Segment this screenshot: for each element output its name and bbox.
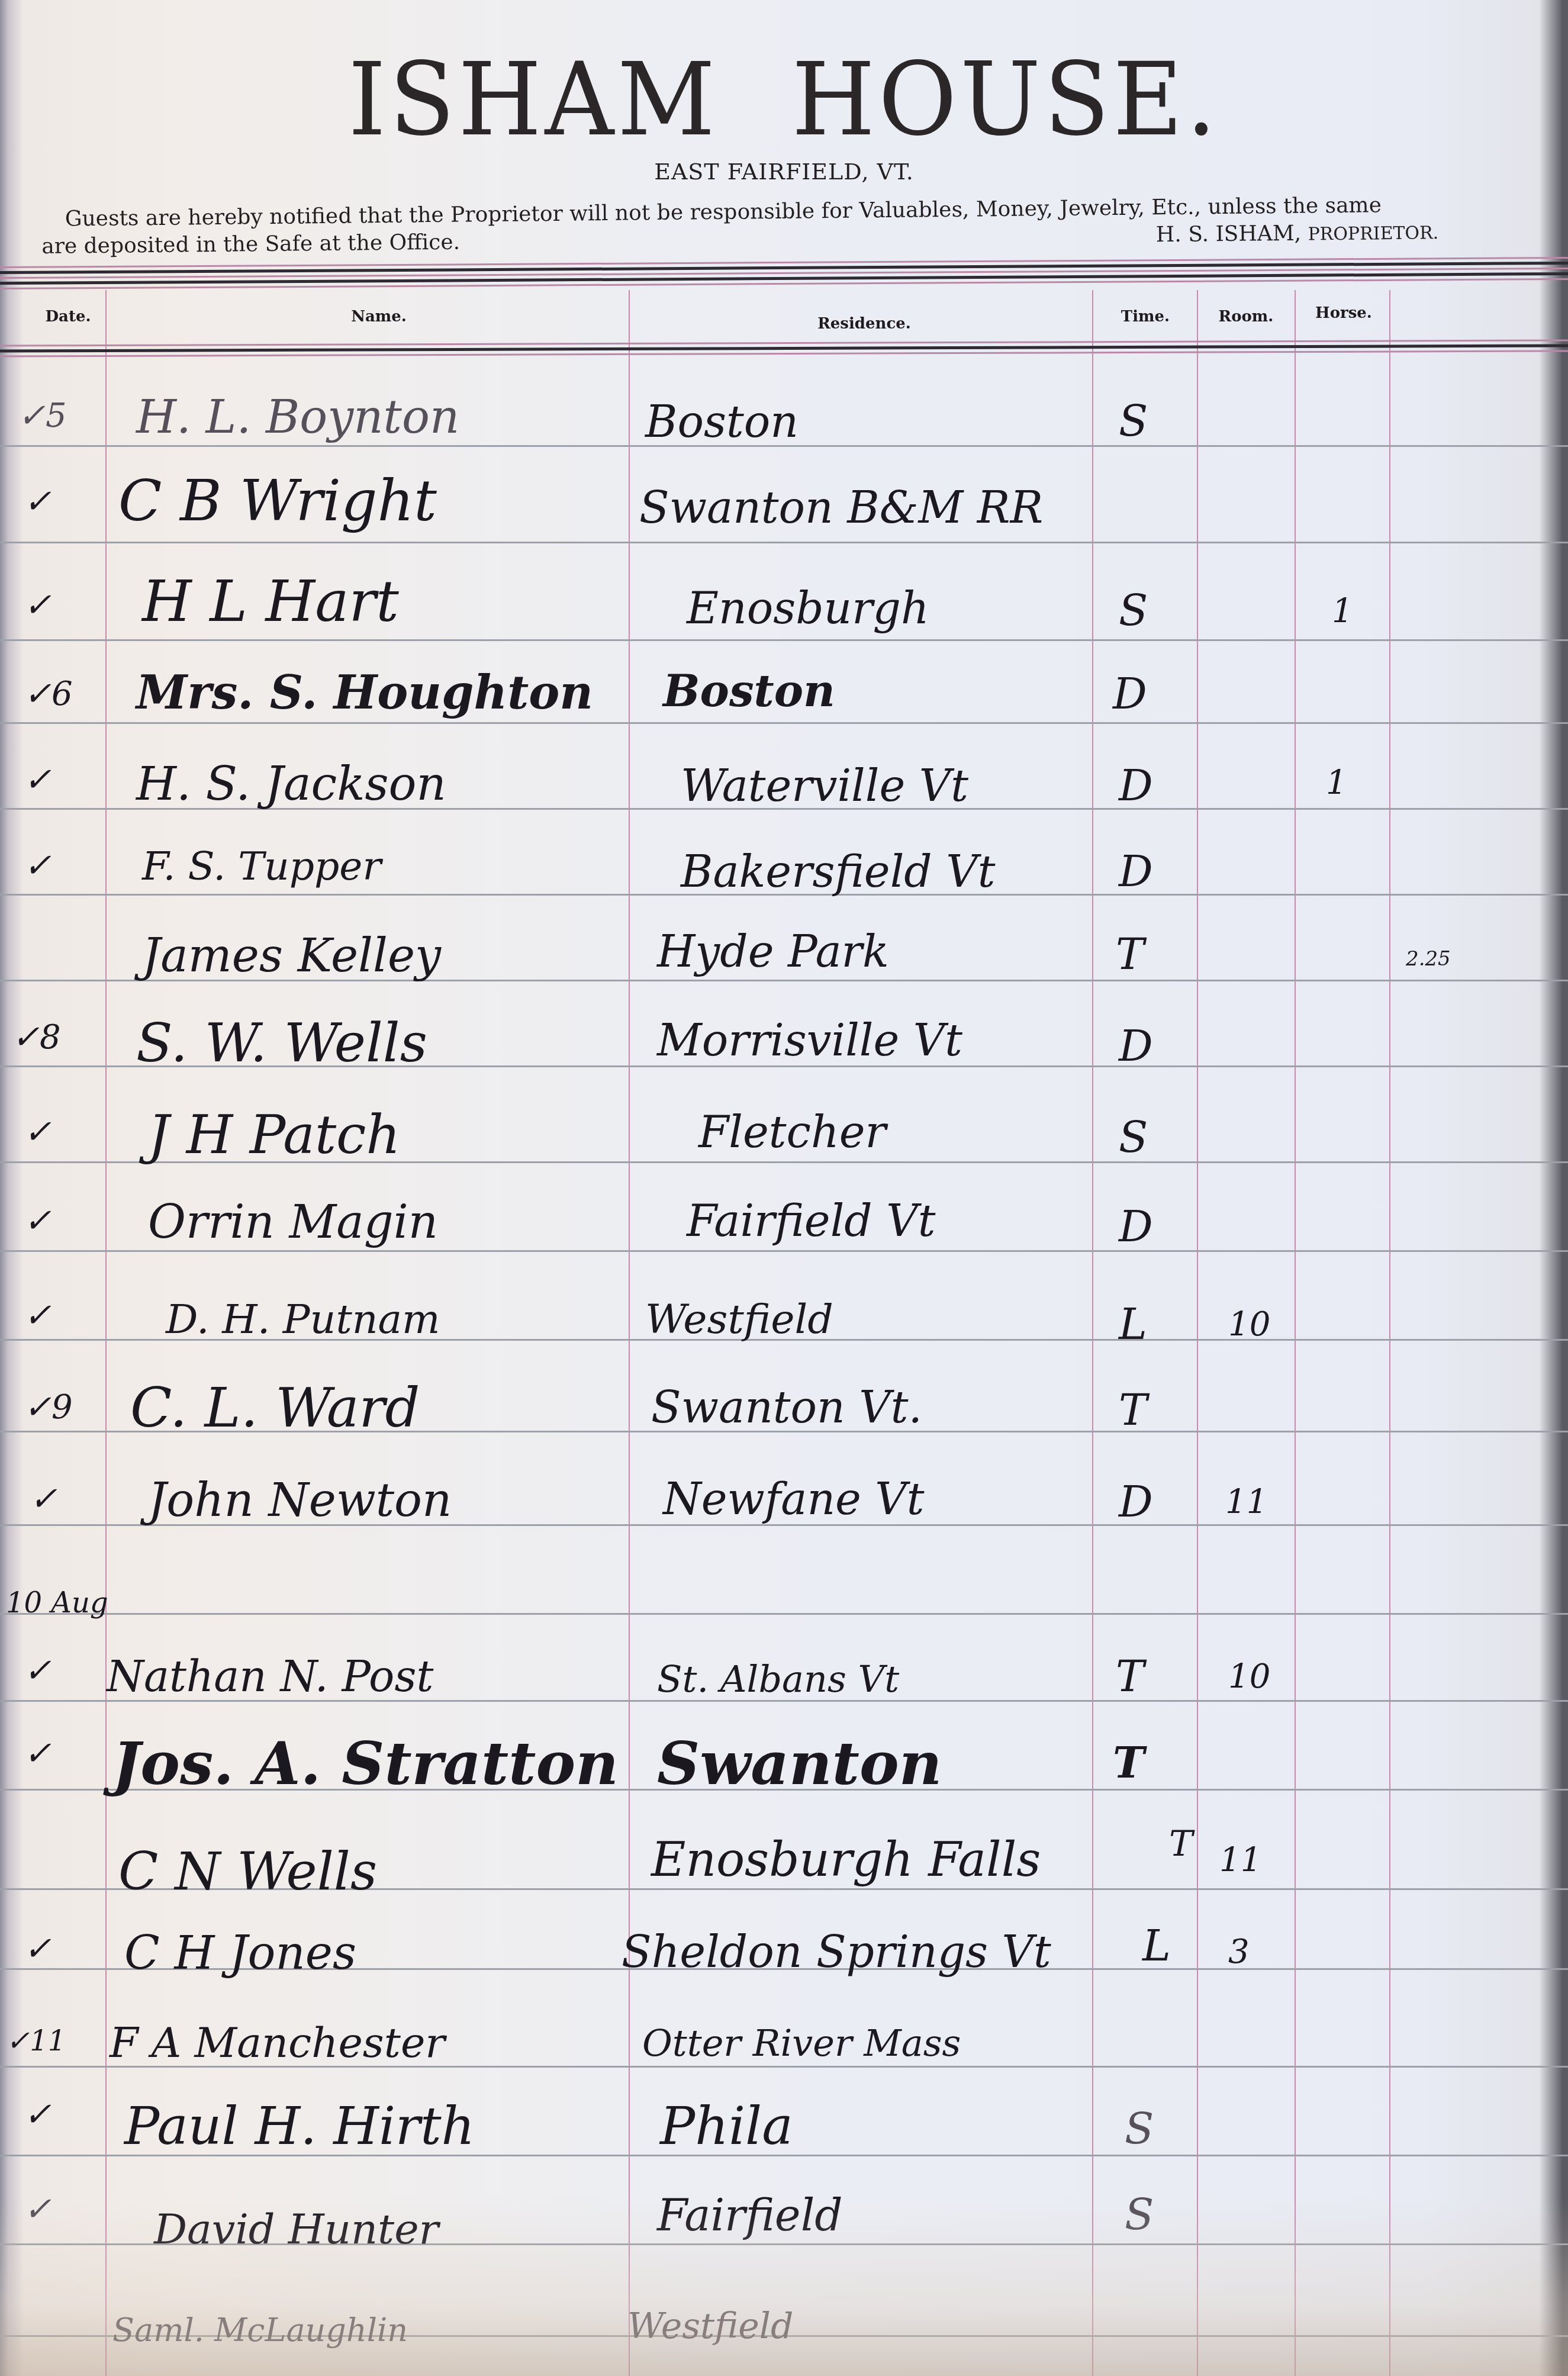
entry-name: S. W. Wells xyxy=(136,1012,427,1074)
entry-name: Mrs. S. Houghton xyxy=(136,666,593,720)
entry-residence: Enosburgh xyxy=(687,583,929,634)
header-time: Time. xyxy=(1101,308,1190,326)
entry-residence: Fletcher xyxy=(698,1107,886,1158)
entry-residence: Boston xyxy=(645,397,799,447)
header-horse: Horse. xyxy=(1299,304,1388,322)
entry-room: 11 xyxy=(1219,1841,1261,1879)
entry-name: James Kelley xyxy=(142,929,441,983)
entry-date: ✓ xyxy=(24,1930,51,1968)
entry-date: ✓ xyxy=(24,1296,51,1335)
entry-residence: Boston xyxy=(663,666,835,717)
entry-name: H. L. Boynton xyxy=(136,391,459,444)
entry-name: H. S. Jackson xyxy=(136,758,446,811)
entry-residence: Swanton Vt. xyxy=(651,1382,922,1433)
entry-residence: Waterville Vt xyxy=(681,761,968,812)
entry-date: ✓ xyxy=(24,2095,51,2134)
entry-name: Saml. McLaughlin xyxy=(112,2311,408,2349)
entry-date: ✓ xyxy=(24,1651,51,1690)
date-separator: 10 Aug xyxy=(6,1586,108,1620)
entry-residence: Phila xyxy=(660,2095,793,2156)
entry-residence: Fairfield Vt xyxy=(687,1196,935,1247)
entry-date: ✓8 xyxy=(12,1018,61,1057)
entry-residence: Swanton B&M RR xyxy=(639,482,1043,533)
entry-extra: 2.25 xyxy=(1406,947,1451,971)
location-subtitle: EAST FAIRFIELD, VT. xyxy=(0,159,1568,185)
entry-name: C. L. Ward xyxy=(130,1376,420,1440)
row-rule xyxy=(0,1613,1568,1615)
entry-time: S xyxy=(1119,1113,1148,1163)
column-rule-date xyxy=(105,290,107,2376)
entry-name: Jos. A. Stratton xyxy=(112,1728,619,1798)
entry-time: D xyxy=(1119,846,1153,896)
entry-room: 10 xyxy=(1228,1305,1270,1344)
row-rule xyxy=(0,722,1568,724)
header-rule-top xyxy=(0,257,1568,292)
entry-time: T xyxy=(1113,1737,1145,1788)
proprietor-notice: Guests are hereby notified that the Prop… xyxy=(65,191,1486,261)
entry-time: T xyxy=(1119,1385,1147,1435)
column-headers: Date. Name. Residence. Time. Room. Horse… xyxy=(0,302,1568,337)
entry-residence: Fairfield xyxy=(657,2190,843,2241)
entry-residence: Hyde Park xyxy=(657,926,889,977)
entry-residence: Swanton xyxy=(657,1728,942,1798)
entry-time: S xyxy=(1119,397,1148,446)
entry-name: F. S. Tupper xyxy=(142,843,381,889)
entry-residence: Otter River Mass xyxy=(642,2021,961,2065)
entry-date: ✓ xyxy=(24,761,51,799)
entry-date: ✓11 xyxy=(6,2024,66,2058)
entry-time: D xyxy=(1113,669,1147,719)
entry-name: C B Wright xyxy=(118,468,437,534)
entry-residence: Morrisville Vt xyxy=(657,1015,962,1066)
entry-time: D xyxy=(1119,1021,1153,1071)
column-rule-name xyxy=(629,290,630,2376)
entry-time: D xyxy=(1119,1202,1153,1251)
entry-residence: St. Albans Vt xyxy=(657,1657,899,1701)
entry-time: T xyxy=(1116,929,1144,979)
entry-time: S xyxy=(1125,2190,1154,2240)
entry-residence: Westfield xyxy=(627,2306,793,2347)
entry-name: Nathan N. Post xyxy=(107,1651,433,1701)
entry-time: S xyxy=(1119,586,1148,636)
entry-date: ✓ xyxy=(24,846,51,885)
entry-room: 11 xyxy=(1225,1483,1267,1521)
entry-name: C N Wells xyxy=(118,1841,377,1902)
entry-name: H L Hart xyxy=(142,568,399,635)
entry-date: ✓ xyxy=(24,586,51,624)
entry-time: S xyxy=(1125,2104,1154,2154)
entry-name: J H Patch xyxy=(148,1104,401,1166)
entry-date: ✓ xyxy=(24,2190,51,2229)
entry-time: D xyxy=(1119,761,1153,810)
header-rule-bottom xyxy=(0,339,1568,360)
header-name: Name. xyxy=(320,308,438,326)
title-word-1: ISHAM xyxy=(348,41,719,159)
row-rule xyxy=(0,1250,1568,1252)
entry-name: David Hunter xyxy=(154,2205,439,2253)
entry-date: ✓ xyxy=(24,1202,51,1240)
entry-residence: Newfane Vt xyxy=(663,1474,925,1525)
header-residence: Residence. xyxy=(769,315,959,333)
entry-date: ✓6 xyxy=(24,675,73,713)
entry-date: ✓ xyxy=(30,1480,57,1518)
entry-name: C H Jones xyxy=(124,1927,356,1980)
entry-residence: Bakersfield Vt xyxy=(681,846,995,897)
entry-room: 3 xyxy=(1228,1933,1250,1971)
entry-time: T xyxy=(1169,1823,1193,1865)
entry-date: ✓9 xyxy=(24,1388,73,1427)
header-date: Date. xyxy=(36,308,101,326)
column-rule-room xyxy=(1295,290,1296,2376)
entry-time: D xyxy=(1119,1477,1153,1527)
entry-room: 10 xyxy=(1228,1657,1270,1696)
register-page: ISHAMHOUSE. EAST FAIRFIELD, VT. Guests a… xyxy=(0,0,1568,2376)
entry-name: F A Manchester xyxy=(110,2018,445,2067)
column-rule-time xyxy=(1197,290,1198,2376)
entry-residence: Enosburgh Falls xyxy=(651,1832,1041,1887)
entry-date: ✓5 xyxy=(18,397,67,435)
entry-name: Orrin Magin xyxy=(148,1196,438,1249)
notice-line-2: are deposited in the Safe at the Office. xyxy=(41,229,460,262)
entry-date: ✓ xyxy=(24,1113,51,1151)
entry-residence: Westfield xyxy=(645,1296,833,1343)
column-rule-horse xyxy=(1389,290,1390,2376)
row-rule xyxy=(0,542,1568,543)
entry-time: L xyxy=(1119,1299,1147,1349)
proprietor-signature: H. S. ISHAM, PROPRIETOR. xyxy=(1156,218,1439,250)
entry-name: Paul H. Hirth xyxy=(124,2095,475,2156)
entry-time: T xyxy=(1116,1651,1144,1701)
header-room: Room. xyxy=(1202,308,1290,326)
title-word-2: HOUSE. xyxy=(791,41,1219,159)
entry-residence: Sheldon Springs Vt xyxy=(622,1927,1051,1978)
entry-name: D. H. Putnam xyxy=(166,1296,440,1343)
entry-horse: 1 xyxy=(1326,764,1347,802)
entry-date: ✓ xyxy=(24,1734,51,1773)
entry-time: L xyxy=(1142,1921,1171,1971)
entry-name: John Newton xyxy=(148,1474,452,1527)
entry-horse: 1 xyxy=(1332,592,1353,630)
entry-date: ✓ xyxy=(24,482,51,521)
page-title: ISHAMHOUSE. xyxy=(39,41,1529,159)
row-rule xyxy=(0,639,1568,641)
column-rule-residence xyxy=(1092,290,1093,2376)
